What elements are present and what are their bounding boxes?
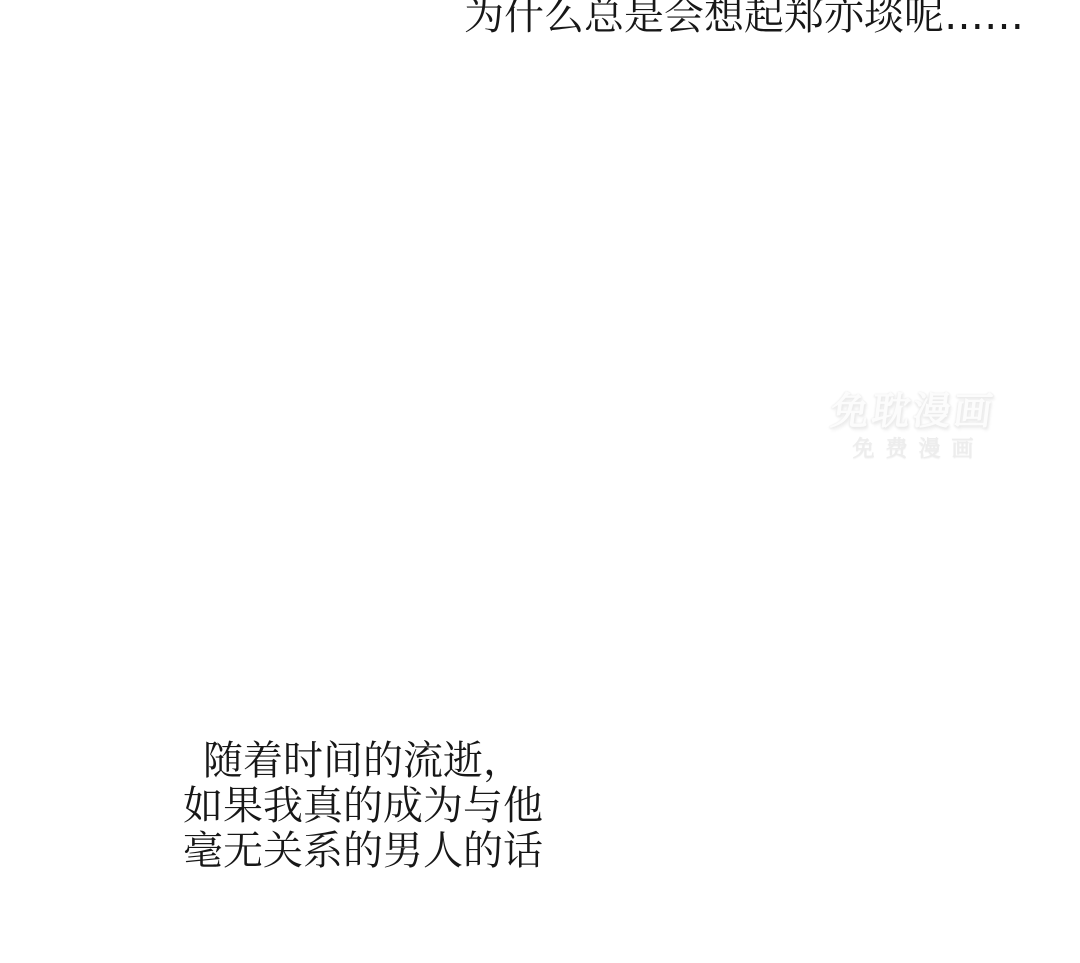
narration-top: 为什么总是会想起郑亦琰呢…… (464, 0, 1024, 36)
narration-bottom-line-1: 随着时间的流逝， (183, 739, 543, 784)
narration-bottom-line-3: 毫无关系的男人的话 (183, 829, 543, 874)
watermark-subtitle: 免费漫画 (818, 439, 1008, 461)
narration-bottom: 随着时间的流逝， 如果我真的成为与他 毫无关系的男人的话 (183, 739, 543, 874)
comic-page: 为什么总是会想起郑亦琰呢…… 免耽漫画 免费漫画 随着时间的流逝， 如果我真的成… (0, 0, 1080, 963)
narration-bottom-line-2: 如果我真的成为与他 (183, 784, 543, 829)
watermark: 免耽漫画 免费漫画 (818, 391, 1008, 461)
watermark-title: 免耽漫画 (816, 391, 1011, 431)
